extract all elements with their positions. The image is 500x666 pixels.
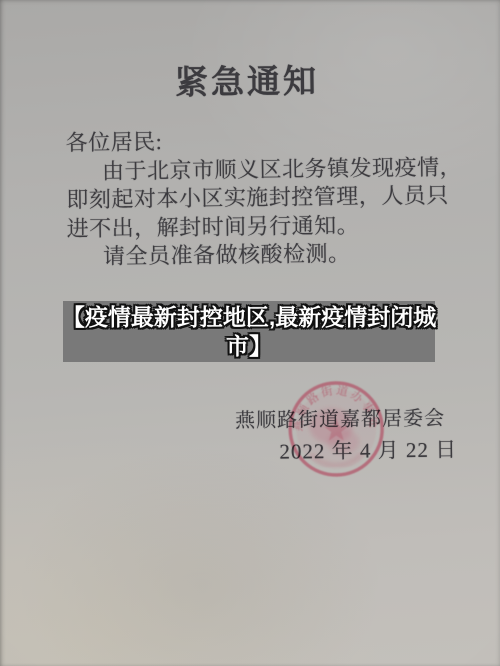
body-line-salutation: 各位居民: (65, 125, 443, 158)
red-round-seal-icon: 燕顺路街道办事处 (281, 373, 392, 484)
notice-title: 紧急通知 (0, 53, 497, 106)
body-line-4: 请全员准备做核酸检测。 (67, 239, 445, 272)
body-line-2: 即刻起对本小区实施封控管理，人员只 (66, 182, 444, 215)
body-line-1: 由于北京市顺义区北务镇发现疫情， (66, 153, 444, 186)
body-line-3: 进不出，解封时间另行通知。 (67, 210, 445, 243)
caption-line-1: 【疫情最新封控地区,最新疫情封闭城 (62, 303, 436, 332)
notice-photo: 紧急通知 各位居民: 由于北京市顺义区北务镇发现疫情， 即刻起对本小区实施封控管… (0, 0, 500, 666)
caption-overlay: 【疫情最新封控地区,最新疫情封闭城 市】 (63, 301, 435, 362)
notice-body: 各位居民: 由于北京市顺义区北务镇发现疫情， 即刻起对本小区实施封控管理，人员只… (65, 125, 445, 272)
caption-line-2: 市】 (226, 332, 272, 361)
